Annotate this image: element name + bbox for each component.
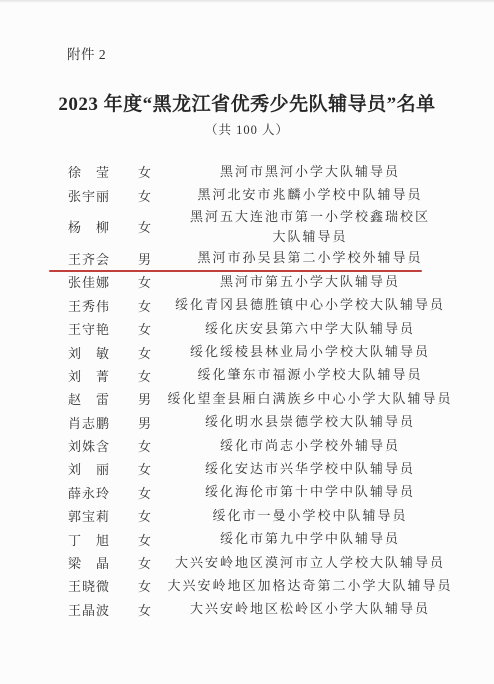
- entry-gender: 女: [138, 186, 154, 205]
- entry-name: 刘 菁: [68, 366, 112, 385]
- entry-gender: 女: [138, 366, 154, 385]
- list-row: 郭宝莉 女 绥化市一曼小学校中队辅导员: [0, 504, 494, 527]
- list-row: 王秀伟 女 绥化青冈县德胜镇中心小学校大队辅导员: [0, 294, 494, 317]
- entry-name: 赵 雷: [68, 389, 112, 408]
- entry-name: 王晶波: [68, 600, 112, 619]
- entry-gender: 女: [138, 272, 154, 291]
- list-row: 王齐会 男 黑河市孙吴县第二小学校外辅导员: [0, 247, 494, 270]
- entry-gender: 女: [138, 436, 154, 455]
- entry-gender: 女: [138, 319, 154, 338]
- list-row: 杨 柳 女 黑河五大连池市第一小学校鑫瑞校区 大队辅导员: [0, 207, 494, 247]
- list-row: 刘 菁 女 绥化肇东市福源小学校大队辅导员: [0, 364, 494, 387]
- entry-gender: 男: [138, 249, 154, 268]
- entry-unit: 绥化市第九中学中队辅导员: [161, 529, 459, 549]
- list-row: 刘 丽 女 绥化安达市兴华学校中队辅导员: [0, 457, 494, 480]
- entry-unit: 黑河市黑河小学大队辅导员: [161, 162, 459, 182]
- list-row: 刘姝含 女 绥化市尚志小学校外辅导员: [0, 434, 494, 457]
- entry-unit: 绥化望奎县厢白满族乡中心小学大队辅导员: [161, 389, 459, 409]
- entry-gender: 女: [138, 459, 154, 478]
- entry-unit: 绥化肇东市福源小学校大队辅导员: [161, 365, 459, 385]
- entry-unit: 绥化青冈县德胜镇中心小学校大队辅导员: [161, 295, 459, 315]
- attachment-label: 附件 2: [67, 43, 106, 63]
- entry-unit: 绥化市一曼小学校中队辅导员: [161, 506, 459, 526]
- entry-unit: 黑河五大连池市第一小学校鑫瑞校区 大队辅导员: [161, 207, 459, 247]
- entry-unit: 大兴安岭地区加格达奇第二小学大队辅导员: [161, 576, 459, 596]
- entry-unit: 黑河市第五小学大队辅导员: [161, 272, 459, 292]
- page-subtitle: （共 100 人）: [0, 120, 494, 138]
- entry-gender: 女: [138, 553, 154, 572]
- entry-gender: 女: [138, 530, 154, 549]
- list-row: 徐 莹 女 黑河市黑河小学大队辅导员: [0, 160, 494, 183]
- entry-unit: 绥化庆安县第六中学大队辅导员: [161, 319, 459, 339]
- entry-name: 肖志鹏: [68, 413, 112, 432]
- entry-name: 刘姝含: [68, 436, 112, 455]
- list-row: 王晶波 女 大兴安岭地区松岭区小学大队辅导员: [0, 598, 494, 621]
- page-title: 2023 年度“黑龙江省优秀少先队辅导员”名单: [0, 89, 494, 116]
- entry-name: 郭宝莉: [68, 506, 112, 525]
- list-row: 张佳娜 女 黑河市第五小学大队辅导员: [0, 270, 494, 293]
- entry-name: 张宇丽: [68, 186, 112, 205]
- scan-edge: [0, 0, 494, 3]
- list-row: 薛永玲 女 绥化海伦市第十中学中队辅导员: [0, 481, 494, 504]
- list-row: 赵 雷 男 绥化望奎县厢白满族乡中心小学大队辅导员: [0, 387, 494, 410]
- entry-unit: 绥化明水县崇德学校大队辅导员: [161, 412, 459, 432]
- entry-gender: 女: [138, 343, 154, 362]
- entry-name: 王秀伟: [68, 296, 112, 315]
- entry-name: 梁 晶: [68, 553, 112, 572]
- document-page: 附件 2 2023 年度“黑龙江省优秀少先队辅导员”名单 （共 100 人） 徐…: [0, 0, 494, 684]
- list-row: 肖志鹏 男 绥化明水县崇德学校大队辅导员: [0, 411, 494, 434]
- entry-gender: 女: [138, 296, 154, 315]
- entry-gender: 女: [138, 162, 154, 181]
- list-row: 王晓微 女 大兴安岭地区加格达奇第二小学大队辅导员: [0, 574, 494, 597]
- entry-name: 王齐会: [68, 249, 112, 268]
- entry-unit: 绥化海伦市第十中学中队辅导员: [161, 482, 459, 502]
- entry-name: 徐 莹: [68, 162, 112, 181]
- list-row: 王守艳 女 绥化庆安县第六中学大队辅导员: [0, 317, 494, 340]
- entry-unit: 黑河市孙吴县第二小学校外辅导员: [161, 248, 459, 268]
- entry-unit: 绥化绥棱县林业局小学校大队辅导员: [161, 342, 459, 362]
- entry-gender: 男: [138, 413, 154, 432]
- list-row: 刘 敏 女 绥化绥棱县林业局小学校大队辅导员: [0, 340, 494, 363]
- entry-name: 杨 柳: [68, 217, 112, 236]
- entry-gender: 男: [138, 389, 154, 408]
- entry-unit: 大兴安岭地区松岭区小学大队辅导员: [161, 599, 459, 619]
- entry-name: 王晓微: [68, 576, 112, 595]
- entry-unit: 绥化安达市兴华学校中队辅导员: [161, 459, 459, 479]
- entry-name: 薛永玲: [68, 483, 112, 502]
- entry-unit: 绥化市尚志小学校外辅导员: [161, 436, 459, 456]
- list-row: 梁 晶 女 大兴安岭地区漠河市立人学校大队辅导员: [0, 551, 494, 574]
- list-row: 张宇丽 女 黑河北安市兆麟小学校中队辅导员: [0, 183, 494, 206]
- entry-gender: 女: [138, 483, 154, 502]
- entry-name: 刘 丽: [68, 459, 112, 478]
- entry-gender: 女: [138, 217, 154, 236]
- entry-gender: 女: [138, 600, 154, 619]
- entry-unit: 大兴安岭地区漠河市立人学校大队辅导员: [161, 553, 459, 573]
- entry-gender: 女: [138, 506, 154, 525]
- list-row: 丁 旭 女 绥化市第九中学中队辅导员: [0, 527, 494, 550]
- entry-name: 刘 敏: [68, 343, 112, 362]
- entry-gender: 女: [138, 576, 154, 595]
- entry-name: 张佳娜: [68, 272, 112, 291]
- recipient-list: 徐 莹 女 黑河市黑河小学大队辅导员 张宇丽 女 黑河北安市兆麟小学校中队辅导员…: [0, 160, 494, 621]
- entry-name: 王守艳: [68, 319, 112, 338]
- entry-name: 丁 旭: [68, 530, 112, 549]
- entry-unit: 黑河北安市兆麟小学校中队辅导员: [161, 185, 459, 205]
